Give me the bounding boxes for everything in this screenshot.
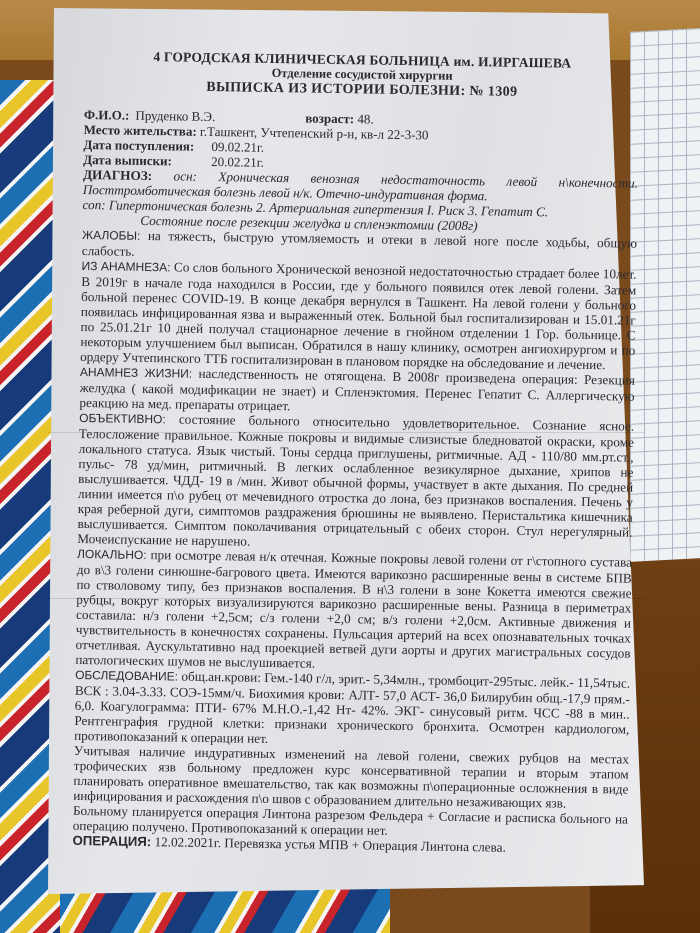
treatment-plan: Учитывая наличие индуративных изменений … bbox=[73, 743, 629, 812]
patient-info: Ф.И.О.: Пруденко В.Э. возраст: 48. Место… bbox=[83, 107, 639, 176]
life-anamnesis-label: АНАМНЕЗ ЖИЗНИ: bbox=[80, 365, 193, 381]
residence-label: Место жительства: bbox=[84, 122, 197, 139]
diagnosis: ДИАГНОЗ: осн: Хроническая венозная недос… bbox=[82, 167, 638, 236]
document-header: 4 ГОРОДСКАЯ КЛИНИЧЕСКАЯ БОЛЬНИЦА им. И.И… bbox=[84, 48, 640, 102]
anamnesis-label: ИЗ АНАМНЕЗА: bbox=[81, 259, 170, 274]
objective: состояние больного относительно удовлетв… bbox=[77, 412, 634, 549]
examination-label: ОБСЛЕДОВАНИЕ: bbox=[75, 668, 178, 684]
operation-label: ОПЕРАЦИЯ: bbox=[72, 833, 151, 849]
admission-date: 09.02.21г. bbox=[211, 139, 264, 155]
grid-notebook bbox=[630, 28, 700, 562]
age-label: возраст: bbox=[305, 110, 354, 126]
objective-label: ОБЪЕКТИВНО: bbox=[79, 411, 166, 426]
diagnosis-label: ДИАГНОЗ: bbox=[83, 167, 152, 183]
discharge-date: 20.02.21г. bbox=[211, 154, 264, 170]
anamnesis: Со слов больного Хронической венозной не… bbox=[80, 259, 637, 372]
patient-age: 48. bbox=[357, 111, 373, 126]
complaints-label: ЖАЛОБЫ: bbox=[82, 228, 141, 243]
local-status: при осмотре левая н/к отечная. Кожные по… bbox=[75, 547, 632, 671]
diagnosis-main-prefix: осн: bbox=[173, 168, 197, 183]
diagnosis-accompanying-prefix: соп: bbox=[82, 197, 105, 212]
fio-label: Ф.И.О.: bbox=[84, 107, 130, 123]
patient-name: Пруденко В.Э. bbox=[135, 108, 215, 124]
local-status-label: ЛОКАЛЬНО: bbox=[77, 547, 147, 562]
discharge-summary: 4 ГОРОДСКАЯ КЛИНИЧЕСКАЯ БОЛЬНИЦА им. И.И… bbox=[72, 48, 639, 857]
